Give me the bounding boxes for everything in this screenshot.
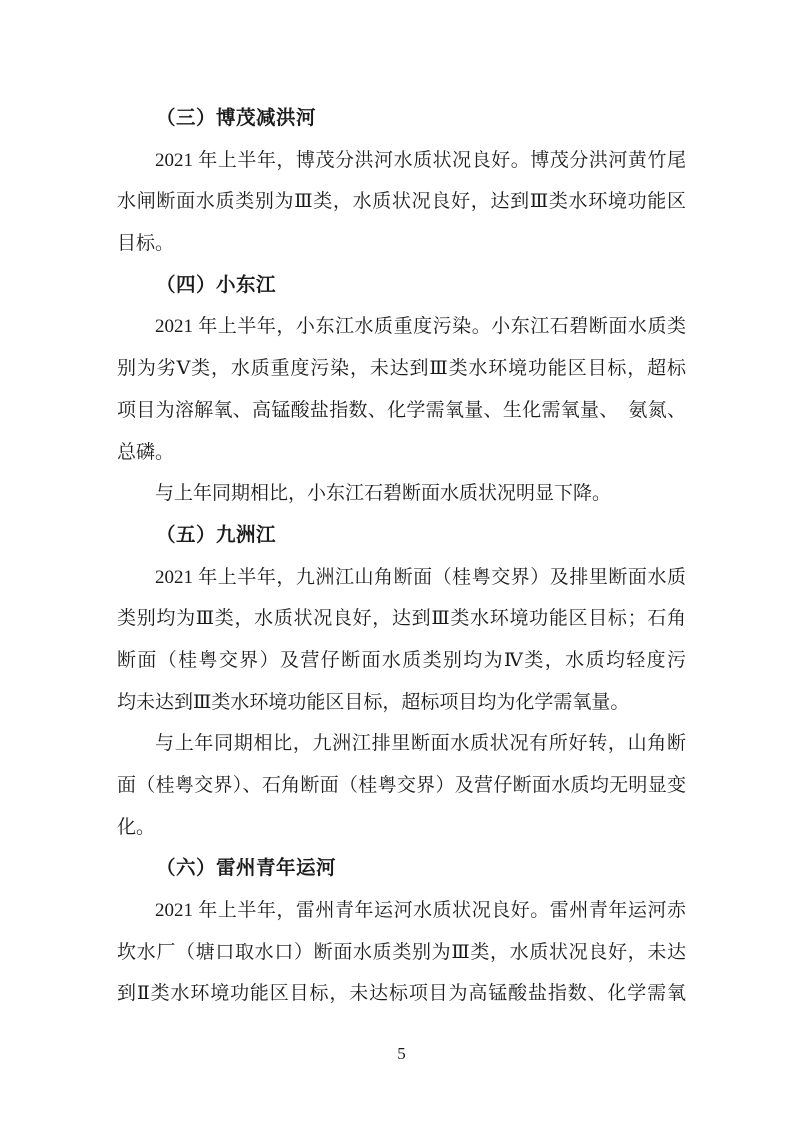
paragraph-line: 总磷。 <box>117 432 686 474</box>
section-heading: （四）小东江 <box>117 265 686 307</box>
paragraph-line: 2021 年上半年，雷州青年运河水质状况良好。雷州青年运河赤 <box>117 890 686 932</box>
paragraph-line: 水闸断面水质类别为Ⅲ类，水质状况良好，达到Ⅲ类水环境功能区 <box>117 181 686 223</box>
paragraph-line: 面（桂粤交界）、石角断面（桂粤交界）及营仔断面水质均无明显变 <box>117 765 686 807</box>
paragraph-line: 到Ⅱ类水环境功能区目标，未达标项目为高锰酸盐指数、化学需氧 <box>117 973 686 1015</box>
section-heading: （三）博茂减洪河 <box>117 98 686 140</box>
paragraph-line: 类别均为Ⅲ类，水质状况良好，达到Ⅲ类水环境功能区目标；石角 <box>117 598 686 640</box>
paragraph-line: 别为劣Ⅴ类，水质重度污染，未达到Ⅲ类水环境功能区目标，超标 <box>117 348 686 390</box>
paragraph-line: 2021 年上半年，博茂分洪河水质状况良好。博茂分洪河黄竹尾 <box>117 140 686 182</box>
paragraph-line: 2021 年上半年，小东江水质重度污染。小东江石碧断面水质类 <box>117 306 686 348</box>
paragraph-line: 与上年同期相比，九洲江排里断面水质状况有所好转，山角断 <box>117 723 686 765</box>
text-block: （三）博茂减洪河2021 年上半年，博茂分洪河水质状况良好。博茂分洪河黄竹尾水闸… <box>117 98 686 1015</box>
paragraph-line: 与上年同期相比，小东江石碧断面水质状况明显下降。 <box>117 473 686 515</box>
document-page: （三）博茂减洪河2021 年上半年，博茂分洪河水质状况良好。博茂分洪河黄竹尾水闸… <box>0 0 803 1135</box>
paragraph-line: 2021 年上半年，九洲江山角断面（桂粤交界）及排里断面水质 <box>117 557 686 599</box>
paragraph-line: 均未达到Ⅲ类水环境功能区目标，超标项目均为化学需氧量。 <box>117 682 686 724</box>
paragraph-line: 目标。 <box>117 223 686 265</box>
paragraph-line: 断面（桂粤交界）及营仔断面水质类别均为Ⅳ类，水质均轻度污染， <box>117 640 686 682</box>
page-number: 5 <box>397 1044 406 1063</box>
paragraph-line: 化。 <box>117 807 686 849</box>
paragraph-line: 项目为溶解氧、高锰酸盐指数、化学需氧量、生化需氧量、 氨氮、 <box>117 390 686 432</box>
page-footer: 5 <box>0 1042 803 1066</box>
section-heading: （六）雷州青年运河 <box>117 848 686 890</box>
section-heading: （五）九洲江 <box>117 515 686 557</box>
paragraph-line: 坎水厂（塘口取水口）断面水质类别为Ⅲ类，水质状况良好，未达 <box>117 932 686 974</box>
